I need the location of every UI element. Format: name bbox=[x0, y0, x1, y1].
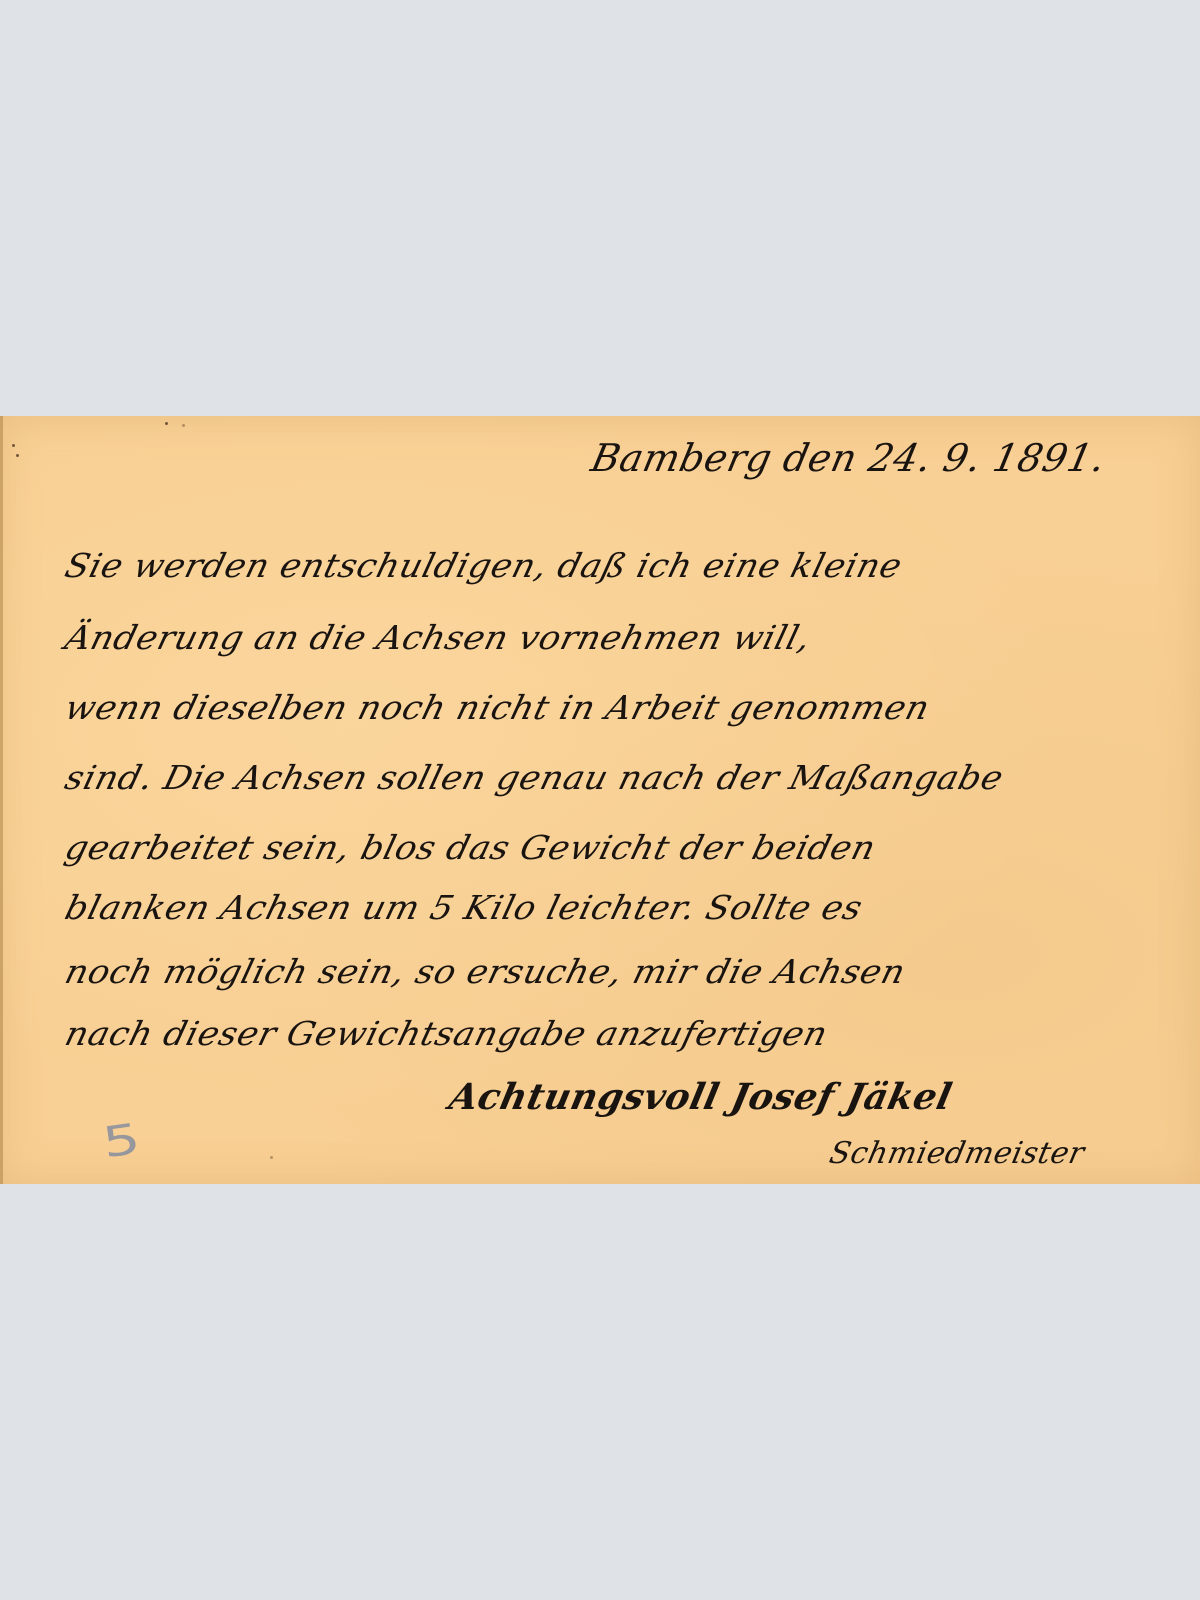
ink-speck bbox=[182, 424, 185, 427]
letter-line: nach dieser Gewichtsangabe anzufertigen bbox=[61, 1014, 832, 1053]
signer-title: Schmiedmeister bbox=[826, 1136, 1087, 1171]
closing-signature: Achtungsvoll Josef Jäkel bbox=[446, 1076, 956, 1118]
letter-line: Sie werden entschuldigen, daß ich eine k… bbox=[61, 546, 906, 585]
letter-line: wenn dieselben noch nicht in Arbeit geno… bbox=[61, 688, 934, 727]
ink-speck bbox=[16, 454, 19, 457]
dateline: Bamberg den 24. 9. 1891. bbox=[587, 436, 1109, 480]
letter-line: Änderung an die Achsen vornehmen will, bbox=[61, 618, 815, 657]
ink-speck bbox=[165, 422, 168, 425]
letter-line: noch möglich sein, so ersuche, mir die A… bbox=[61, 952, 910, 991]
ink-speck bbox=[12, 444, 15, 447]
postcard: Bamberg den 24. 9. 1891. Sie werden ents… bbox=[0, 416, 1200, 1184]
card-edge bbox=[0, 416, 3, 1184]
letter-line: blanken Achsen um 5 Kilo leichter. Sollt… bbox=[61, 888, 867, 927]
letter-line: sind. Die Achsen sollen genau nach der M… bbox=[61, 758, 1007, 797]
ink-speck bbox=[270, 1156, 273, 1159]
letter-line: gearbeitet sein, blos das Gewicht der be… bbox=[61, 828, 880, 867]
pencil-annotation: 5 bbox=[99, 1114, 143, 1168]
